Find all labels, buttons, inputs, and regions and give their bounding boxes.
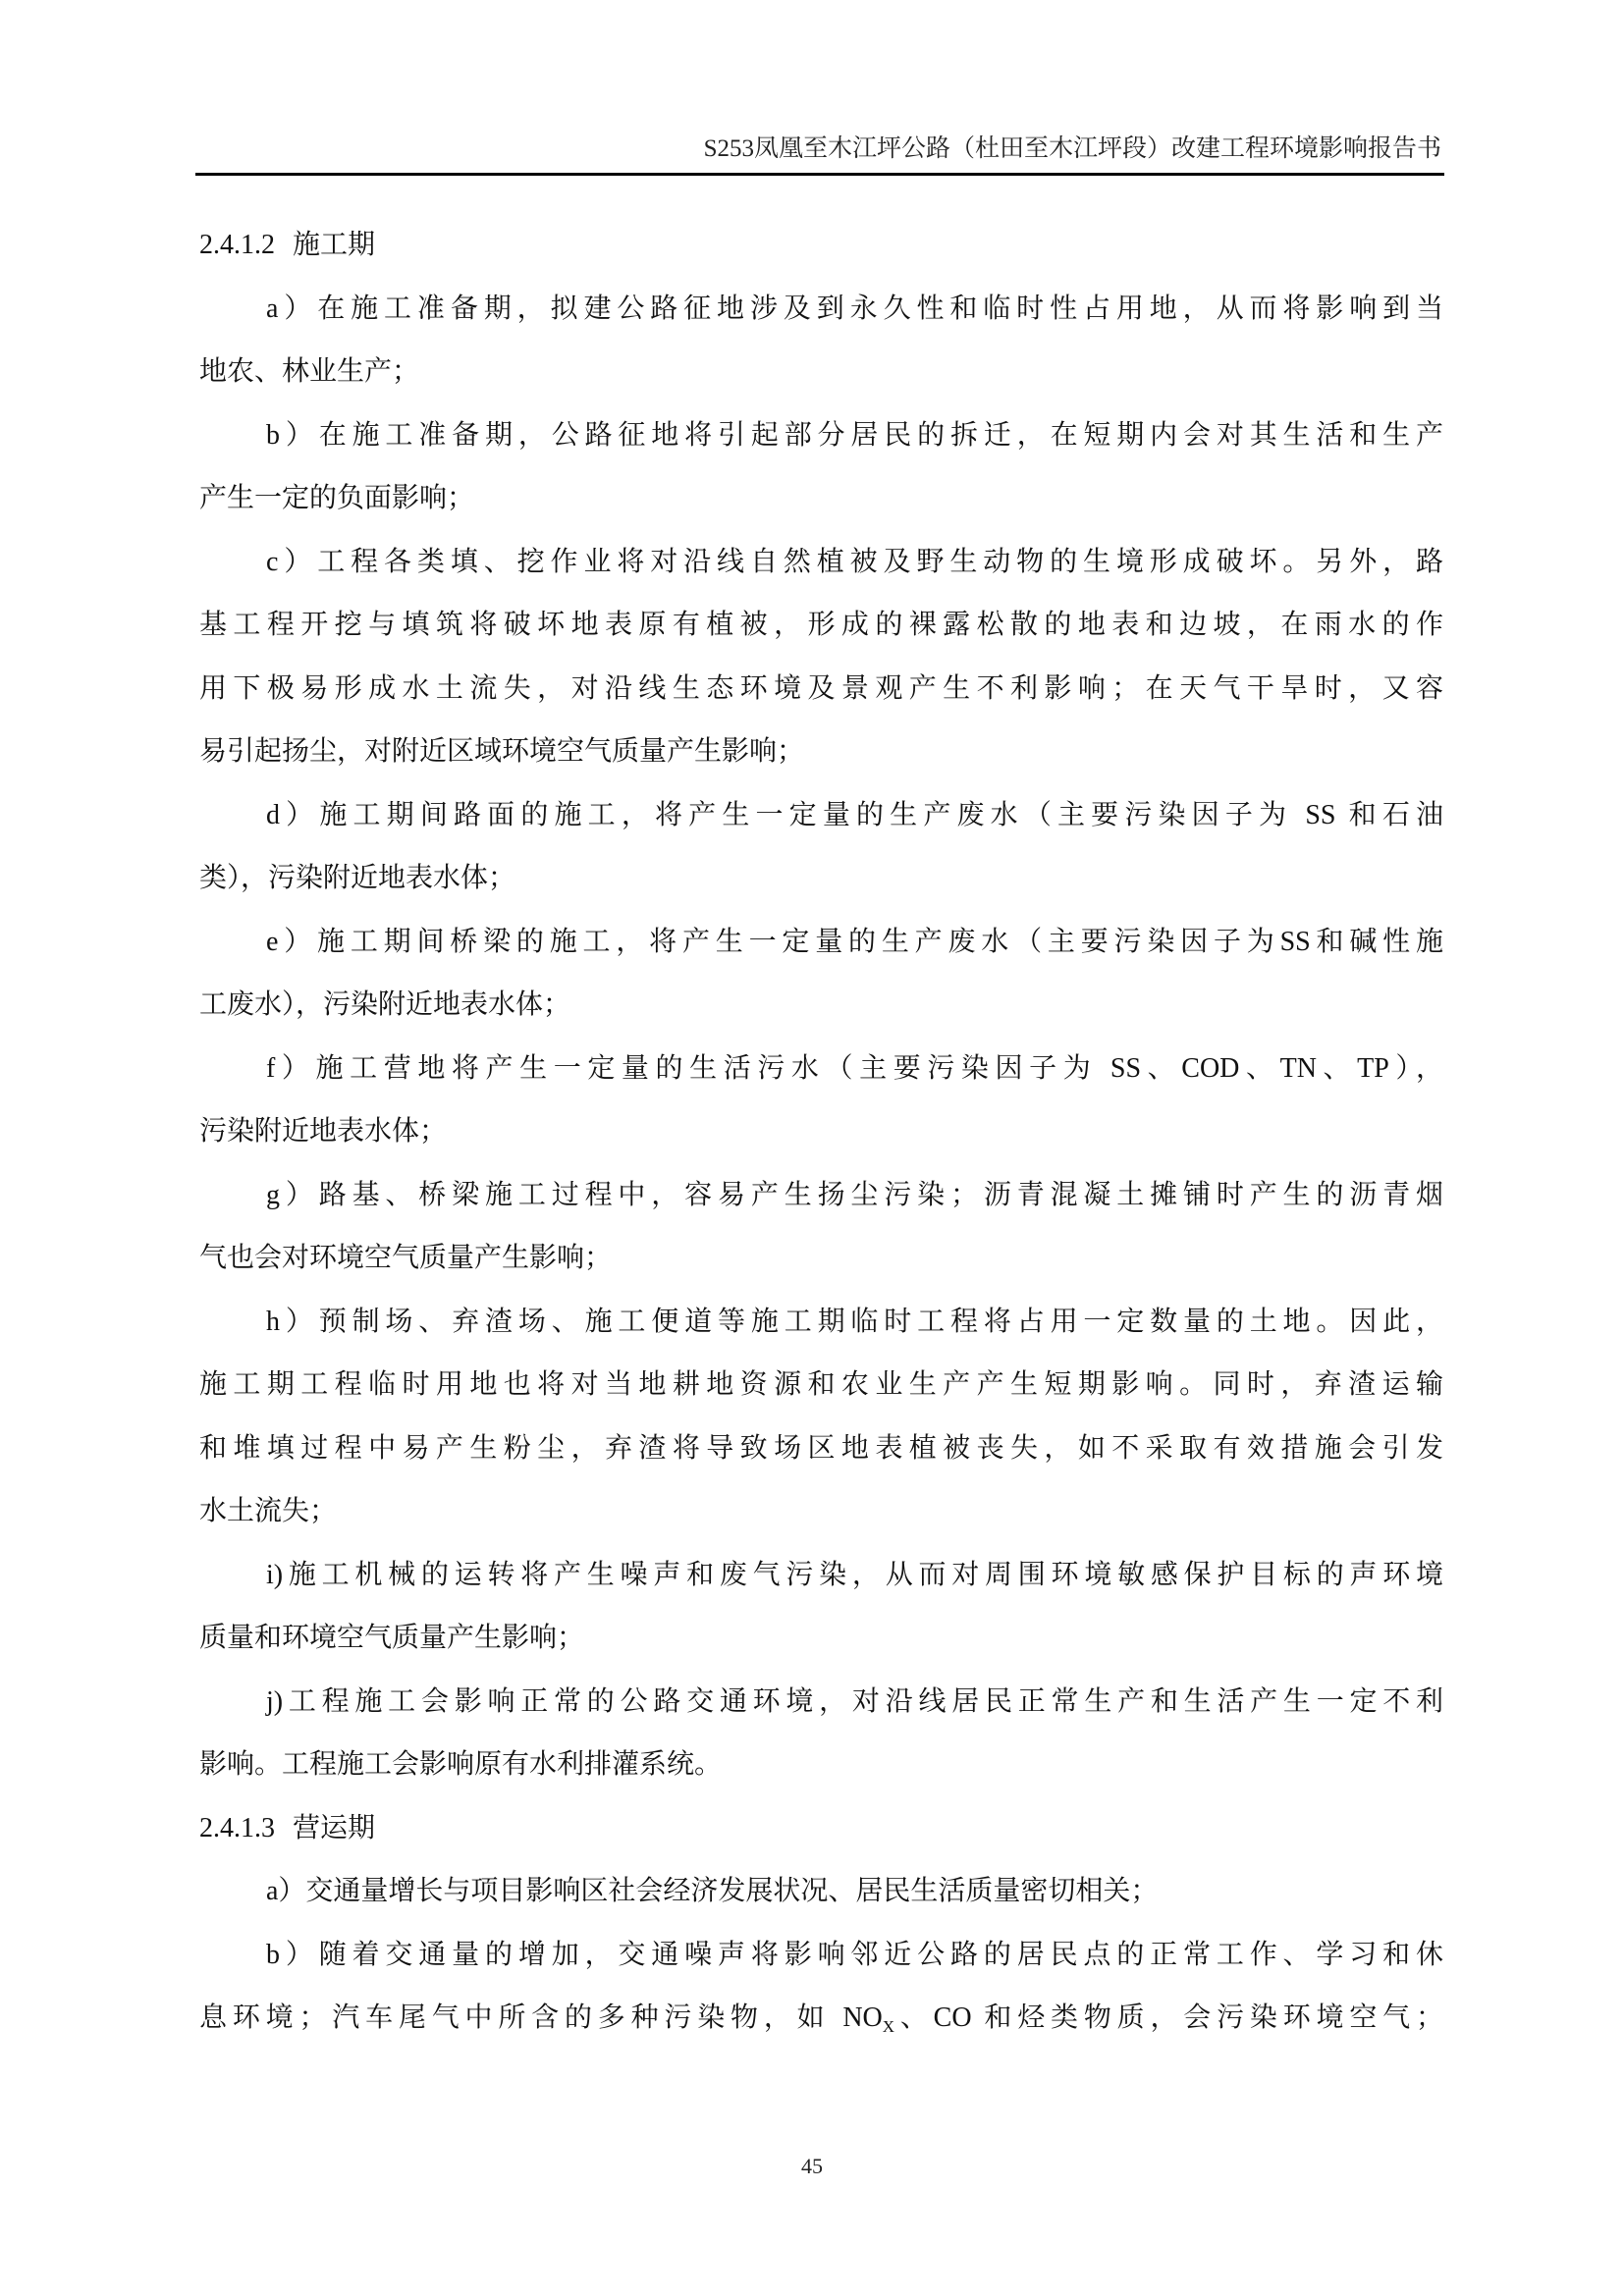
document-header-title: S253凤凰至木江坪公路（杜田至木江坪段）改建工程环境影响报告书 <box>704 133 1441 165</box>
paragraph-line: 和堆填过程中易产生粉尘，弃渣将导致场区地表植被丧失，如不采取有效措施会引发 <box>199 1417 1443 1481</box>
paragraph-line: 质量和环境空气质量产生影响； <box>199 1607 1443 1671</box>
paragraph-line: a）交通量增长与项目影响区社会经济发展状况、居民生活质量密切相关； <box>199 1860 1443 1924</box>
paragraph-line: 气也会对环境空气质量产生影响； <box>199 1227 1443 1291</box>
paragraph-line: 类），污染附近地表水体； <box>199 847 1443 911</box>
paragraph-line: 污染附近地表水体； <box>199 1100 1443 1164</box>
paragraph-line: e）施工期间桥梁的施工，将产生一定量的生产废水（主要污染因子为SS和碱性施 <box>199 911 1443 975</box>
paragraph-line: 用下极易形成水土流失，对沿线生态环境及景观产生不利影响；在天气干旱时，又容 <box>199 658 1443 721</box>
section-heading-construction: 2.4.1.2施工期 <box>199 214 1443 278</box>
paragraph-line: 工废水），污染附近地表水体； <box>199 974 1443 1038</box>
text-after-subscript: 、CO 和烃类物质，会污染环境空气； <box>894 2002 1443 2033</box>
paragraph-line: g）路基、桥梁施工过程中，容易产生扬尘污染；沥青混凝土摊铺时产生的沥青烟 <box>199 1164 1443 1228</box>
paragraph-line: d）施工期间路面的施工，将产生一定量的生产废水（主要污染因子为 SS 和石油 <box>199 784 1443 848</box>
paragraph-line: h）预制场、弃渣场、施工便道等施工期临时工程将占用一定数量的土地。因此， <box>199 1291 1443 1355</box>
header-rule <box>195 173 1444 176</box>
paragraph-line: 基工程开挖与填筑将破坏地表原有植被，形成的裸露松散的地表和边坡，在雨水的作 <box>199 594 1443 658</box>
paragraph-line: f）施工营地将产生一定量的生活污水（主要污染因子为 SS、COD、TN、TP）， <box>199 1038 1443 1101</box>
subscript-x: X <box>883 2017 894 2036</box>
paragraph-line: i)施工机械的运转将产生噪声和废气污染，从而对周围环境敏感保护目标的声环境 <box>199 1544 1443 1608</box>
section-title: 营运期 <box>293 1813 375 1843</box>
page-number: 45 <box>0 2152 1624 2181</box>
paragraph-line: 地农、林业生产； <box>199 341 1443 404</box>
paragraph-line: 影响。工程施工会影响原有水利排灌系统。 <box>199 1734 1443 1797</box>
paragraph-line: b）在施工准备期，公路征地将引起部分居民的拆迁，在短期内会对其生活和生产 <box>199 404 1443 468</box>
paragraph-line: 息环境；汽车尾气中所含的多种污染物，如 NOX、CO 和烃类物质，会污染环境空气… <box>199 1987 1443 2051</box>
section-number: 2.4.1.2 <box>199 230 275 260</box>
section-number: 2.4.1.3 <box>199 1813 275 1843</box>
paragraph-line: 易引起扬尘，对附近区域环境空气质量产生影响； <box>199 721 1443 784</box>
paragraph-line: b）随着交通量的增加，交通噪声将影响邻近公路的居民点的正常工作、学习和休 <box>199 1924 1443 1988</box>
paragraph-line: c）工程各类填、挖作业将对沿线自然植被及野生动物的生境形成破坏。另外，路 <box>199 531 1443 595</box>
paragraph-line: 水土流失； <box>199 1480 1443 1544</box>
section-title: 施工期 <box>293 230 375 260</box>
document-body: 2.4.1.2施工期 a）在施工准备期，拟建公路征地涉及到永久性和临时性占用地，… <box>199 214 1443 2051</box>
paragraph-line: 产生一定的负面影响； <box>199 467 1443 531</box>
paragraph-line: a）在施工准备期，拟建公路征地涉及到永久性和临时性占用地，从而将影响到当 <box>199 278 1443 342</box>
section-heading-operation: 2.4.1.3营运期 <box>199 1797 1443 1861</box>
text-before-subscript: 息环境；汽车尾气中所含的多种污染物，如 NO <box>199 2002 883 2033</box>
paragraph-line: j)工程施工会影响正常的公路交通环境，对沿线居民正常生产和生活产生一定不利 <box>199 1671 1443 1735</box>
paragraph-line: 施工期工程临时用地也将对当地耕地资源和农业生产产生短期影响。同时，弃渣运输 <box>199 1354 1443 1417</box>
